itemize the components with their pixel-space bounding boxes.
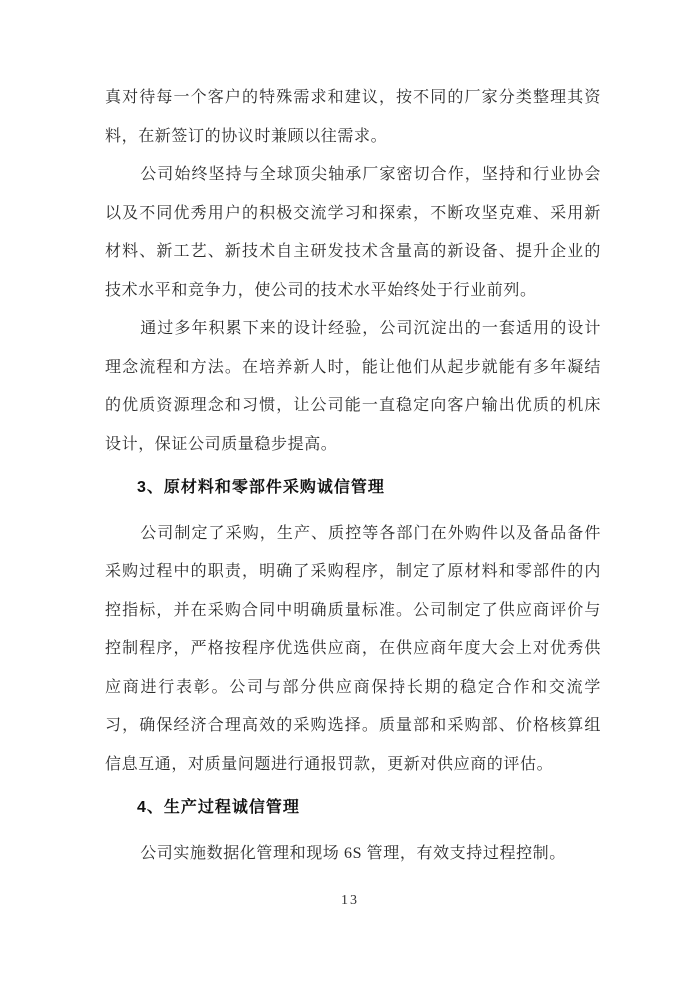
paragraph: 通过多年积累下来的设计经验，公司沉淀出的一套适用的设计理念流程和方法。在培养新人…: [105, 310, 601, 464]
section-heading-3: 3、原材料和零部件采购诚信管理: [105, 469, 601, 508]
paragraph: 公司制定了采购，生产、质控等各部门在外购件以及备品备件采购过程中的职责，明确了采…: [105, 515, 601, 785]
page-number: 13: [341, 893, 359, 908]
document-page: 真对待每一个客户的特殊需求和建议，按不同的厂家分类整理其资料，在新签订的协议时兼…: [0, 0, 700, 990]
page-footer: 13: [0, 893, 700, 909]
paragraph: 公司始终坚持与全球顶尖轴承厂家密切合作，坚持和行业协会以及不同优秀用户的积极交流…: [105, 156, 601, 310]
document-body: 真对待每一个客户的特殊需求和建议，按不同的厂家分类整理其资料，在新签订的协议时兼…: [105, 79, 601, 873]
section-heading-4: 4、生产过程诚信管理: [105, 789, 601, 828]
paragraph-continued: 真对待每一个客户的特殊需求和建议，按不同的厂家分类整理其资料，在新签订的协议时兼…: [105, 79, 601, 156]
paragraph: 公司实施数据化管理和现场 6S 管理，有效支持过程控制。: [105, 835, 601, 874]
